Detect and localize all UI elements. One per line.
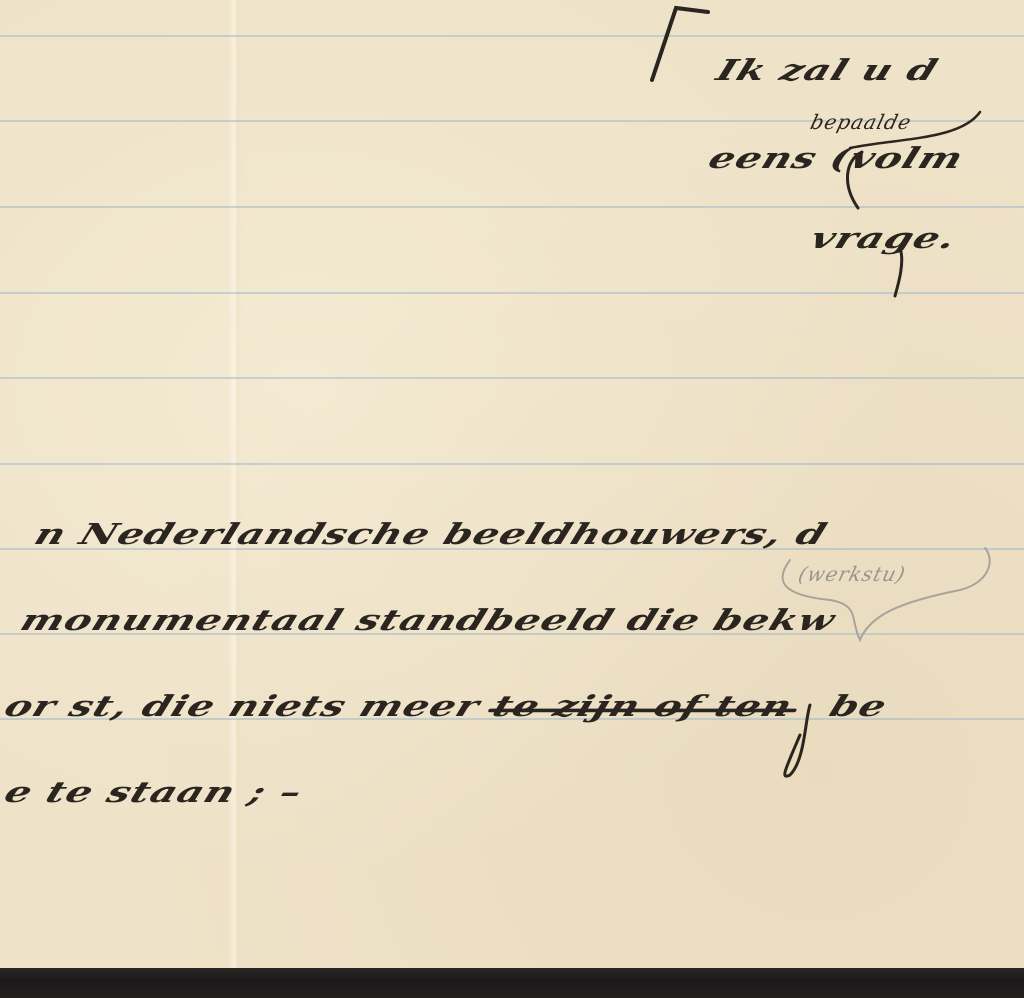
scan-background-edge <box>0 968 1024 998</box>
struck-through-text: te zijn of ten <box>488 689 798 723</box>
main-line-3-continuation: be <box>825 689 892 723</box>
main-line-2: monumentaal standbeeld die bekw <box>16 603 840 637</box>
pencil-insertion: (werkstu) <box>796 562 908 586</box>
main-line-4: e te staan ; – <box>0 775 307 809</box>
insertion-mark-icon <box>652 8 708 80</box>
main-line-3: or st, die niets meer te zijn of ten be <box>0 689 892 723</box>
main-line-1: n Nederlandsche beeldhouwers, d <box>30 517 832 551</box>
interlinear-correction: bepaalde <box>808 110 914 134</box>
manuscript-page: Ik zal u d bepaalde eens (volm vrage. n … <box>0 0 1024 968</box>
insertion-line-2: eens (volm <box>704 141 969 175</box>
insertion-line-3: vrage. <box>806 221 961 255</box>
insertion-line-1: Ik zal u d <box>712 53 943 87</box>
main-line-3-text: or st, die niets meer <box>0 689 485 723</box>
